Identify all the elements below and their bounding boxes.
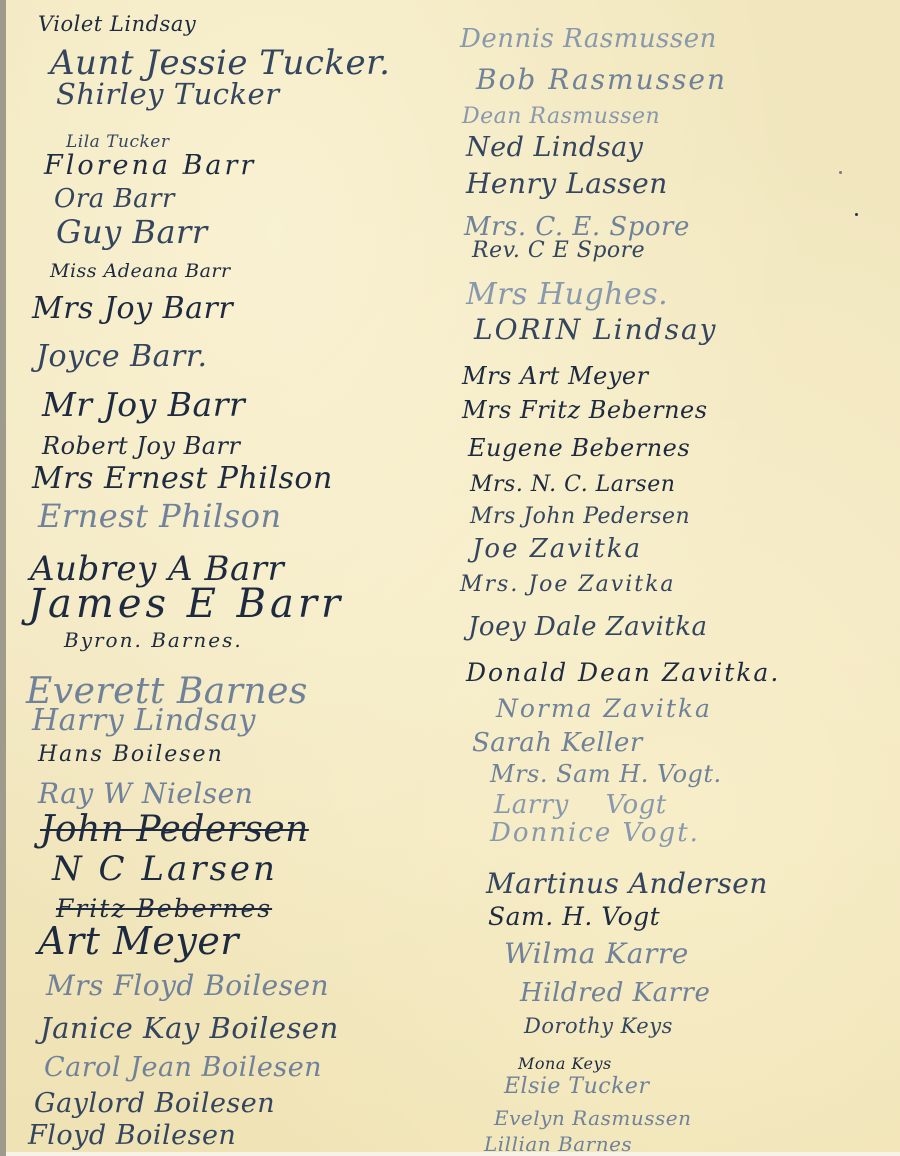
signature: Guy Barr	[56, 216, 208, 248]
signature: Evelyn Rasmussen	[494, 1108, 691, 1128]
signature: Byron. Barnes.	[64, 630, 243, 650]
signature: Mrs Joy Barr	[32, 294, 233, 324]
signature: Ernest Philson	[38, 500, 282, 532]
signature: Mrs. C. E. Spore	[464, 214, 690, 240]
signature: Ned Lindsay	[466, 134, 643, 161]
signature: Mrs Fritz Bebernes	[462, 398, 708, 422]
signature-page: Violet Lindsay Aunt Jessie Tucker. Shirl…	[0, 0, 900, 1156]
signature: Mr Joy Barr	[42, 388, 245, 421]
signature: Mrs John Pedersen	[470, 506, 690, 528]
signature: Aunt Jessie Tucker.	[50, 46, 390, 80]
signature: Mona Keys	[518, 1056, 612, 1072]
signature: Rev. C E Spore	[472, 240, 645, 262]
signature: Ora Barr	[54, 186, 175, 212]
signature: Donnice Vogt.	[490, 820, 700, 846]
signature: Lila Tucker	[66, 134, 170, 151]
signature: Dennis Rasmussen	[460, 26, 717, 52]
signature: Martinus Andersen	[486, 870, 768, 898]
signature: Wilma Karre	[504, 940, 689, 968]
signature: Sam. H. Vogt	[488, 904, 660, 929]
signature: Dean Rasmussen	[462, 106, 660, 128]
signature: Floyd Boilesen	[28, 1122, 236, 1149]
signature: Dorothy Keys	[524, 1016, 673, 1037]
signature: Sarah Keller	[472, 730, 643, 756]
signature: Mrs Hughes.	[466, 280, 668, 310]
signature: Eugene Bebernes	[468, 436, 690, 460]
signature: Hildred Karre	[520, 980, 710, 1006]
signature: Ray W Nielsen	[38, 780, 253, 808]
signature: Fritz Bebernes	[56, 896, 272, 921]
signature: John Pedersen	[40, 812, 309, 848]
signature: Mrs Art Meyer	[462, 364, 649, 388]
signature: Gaylord Boilesen	[34, 1090, 275, 1117]
paper-bottom-edge	[6, 1152, 900, 1156]
signature: Hans Boilesen	[38, 744, 224, 766]
signature: Art Meyer	[38, 922, 239, 960]
signature: Violet Lindsay	[38, 14, 196, 35]
signature: Harry Lindsay	[32, 706, 256, 736]
signature: James E Barr	[28, 584, 344, 624]
signature: Joyce Barr.	[36, 342, 207, 372]
signature: Norma Zavitka	[496, 696, 712, 721]
signature: Mrs. Sam H. Vogt.	[490, 762, 722, 786]
signature: Carol Jean Boilesen	[44, 1054, 322, 1081]
signature: Mrs. Joe Zavitka	[460, 574, 676, 596]
signature: Joe Zavitka	[472, 536, 642, 562]
signature: Miss Adeana Barr	[50, 262, 231, 281]
signature: Donald Dean Zavitka.	[466, 660, 780, 685]
signature: LORIN Lindsay	[474, 316, 717, 344]
signature: Mrs Floyd Boilesen	[46, 972, 329, 1000]
signature: Joey Dale Zavitka	[468, 614, 708, 640]
signature: Florena Barr	[44, 152, 256, 179]
signature: Robert Joy Barr	[42, 434, 240, 458]
ink-speck	[855, 213, 858, 216]
signature: Mrs. N. C. Larsen	[470, 474, 675, 496]
signature: N C Larsen	[52, 852, 278, 886]
signature: Mrs Ernest Philson	[32, 464, 333, 494]
signature: Elsie Tucker	[504, 1076, 649, 1098]
signature: Shirley Tucker	[56, 80, 280, 109]
signature: Janice Kay Boilesen	[40, 1014, 339, 1043]
signature: Lillian Barnes	[484, 1134, 632, 1154]
signature: Bob Rasmussen	[476, 66, 727, 94]
signature: Henry Lassen	[466, 170, 668, 198]
signature: Larry Vogt	[494, 792, 667, 818]
ink-speck	[839, 171, 842, 174]
